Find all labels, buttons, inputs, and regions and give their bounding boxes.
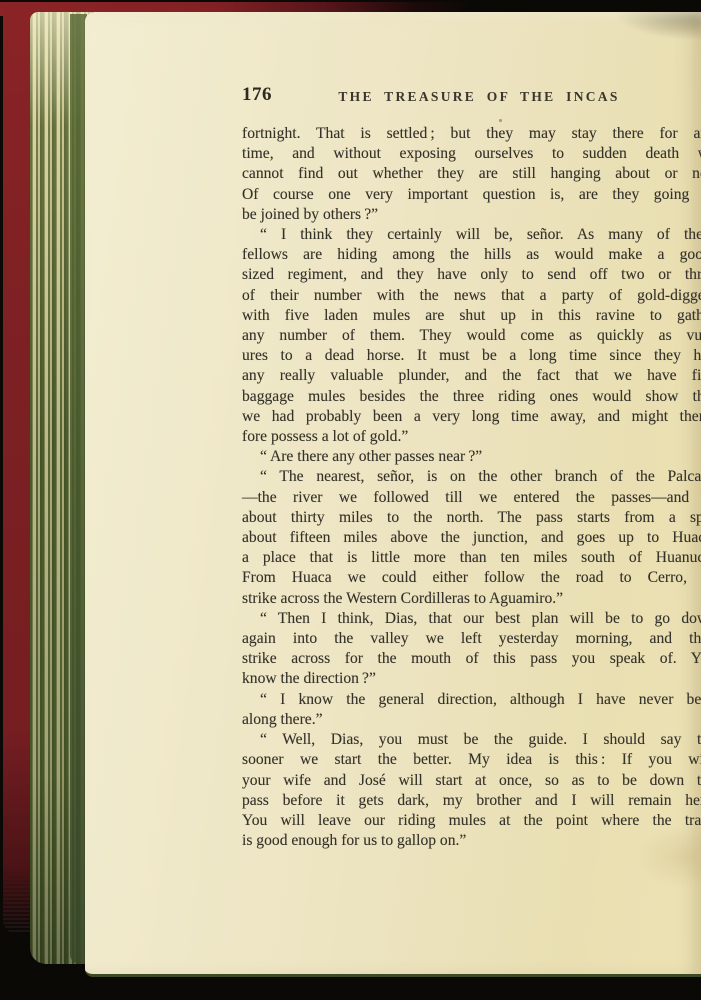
text-line: any number of them. They would come as q… [242, 326, 701, 346]
book-page: 176 THE TREASURE OF THE INCAS fortnight.… [85, 12, 701, 977]
paragraph: fortnight. That is settled ; but they ma… [242, 124, 701, 225]
text-line: fortnight. That is settled ; but they ma… [242, 124, 701, 144]
text-line: From Huaca we could either follow the ro… [242, 568, 701, 588]
text-line: about fifteen miles above the junction, … [242, 528, 701, 548]
text-line: sooner we start the better. My idea is t… [242, 750, 701, 770]
text-line: baggage mules besides the three riding o… [242, 387, 701, 407]
text-line: cannot find out whether they are still h… [242, 164, 701, 184]
text-line: strike across for the mouth of this pass… [242, 649, 701, 669]
text-line: strike across the Western Cordilleras to… [242, 589, 701, 609]
text-line: “ I know the general direction, although… [242, 690, 701, 710]
paragraph: “ Are there any other passes near ?” [242, 447, 701, 467]
text-line: ures to a dead horse. It must be a long … [242, 346, 701, 366]
text-line: any really valuable plunder, and the fac… [242, 366, 701, 386]
text-line: again into the valley we left yesterday … [242, 629, 701, 649]
text-line: “ Then I think, Dias, that our best plan… [242, 609, 701, 629]
running-title: THE TREASURE OF THE INCAS [242, 89, 701, 105]
text-line: along there.” [242, 710, 701, 730]
text-line: pass before it gets dark, my brother and… [242, 791, 701, 811]
text-line: You will leave our riding mules at the p… [242, 811, 701, 831]
paragraph: “ I know the general direction, although… [242, 690, 701, 730]
text-line: “ Are there any other passes near ?” [242, 447, 701, 467]
text-line: about thirty miles to the north. The pas… [242, 508, 701, 528]
text-line: Of course one very important question is… [242, 185, 701, 205]
text-line: know the direction ?” [242, 669, 701, 689]
text-line: a place that is little more than ten mil… [242, 548, 701, 568]
paper-speck [499, 119, 502, 122]
photo-of-book-page: { "colors": { "background_black": "#0b09… [0, 0, 701, 1000]
paragraph: “ The nearest, señor, is on the other br… [242, 467, 701, 608]
page-body-text: fortnight. That is settled ; but they ma… [242, 124, 701, 851]
text-line: of their number with the news that a par… [242, 286, 701, 306]
text-line: we had probably been a very long time aw… [242, 407, 701, 427]
text-line: “ The nearest, señor, is on the other br… [242, 467, 701, 487]
text-line: fore possess a lot of gold.” [242, 427, 701, 447]
text-line: sized regiment, and they have only to se… [242, 265, 701, 285]
text-line: —the river we followed till we entered t… [242, 488, 701, 508]
text-line: “ Well, Dias, you must be the guide. I s… [242, 730, 701, 750]
text-line: fellows are hiding among the hills as wo… [242, 245, 701, 265]
text-line: your wife and José will start at once, s… [242, 771, 701, 791]
paragraph: “ I think they certainly will be, señor.… [242, 225, 701, 447]
paragraph: “ Then I think, Dias, that our best plan… [242, 609, 701, 690]
text-line: is good enough for us to gallop on.” [242, 831, 701, 851]
text-line: with five laden mules are shut up in thi… [242, 306, 701, 326]
text-line: time, and without exposing ourselves to … [242, 144, 701, 164]
page-header: 176 THE TREASURE OF THE INCAS [242, 84, 701, 110]
text-line: be joined by others ?” [242, 205, 701, 225]
text-line: “ I think they certainly will be, señor.… [242, 225, 701, 245]
paragraph: “ Well, Dias, you must be the guide. I s… [242, 730, 701, 851]
